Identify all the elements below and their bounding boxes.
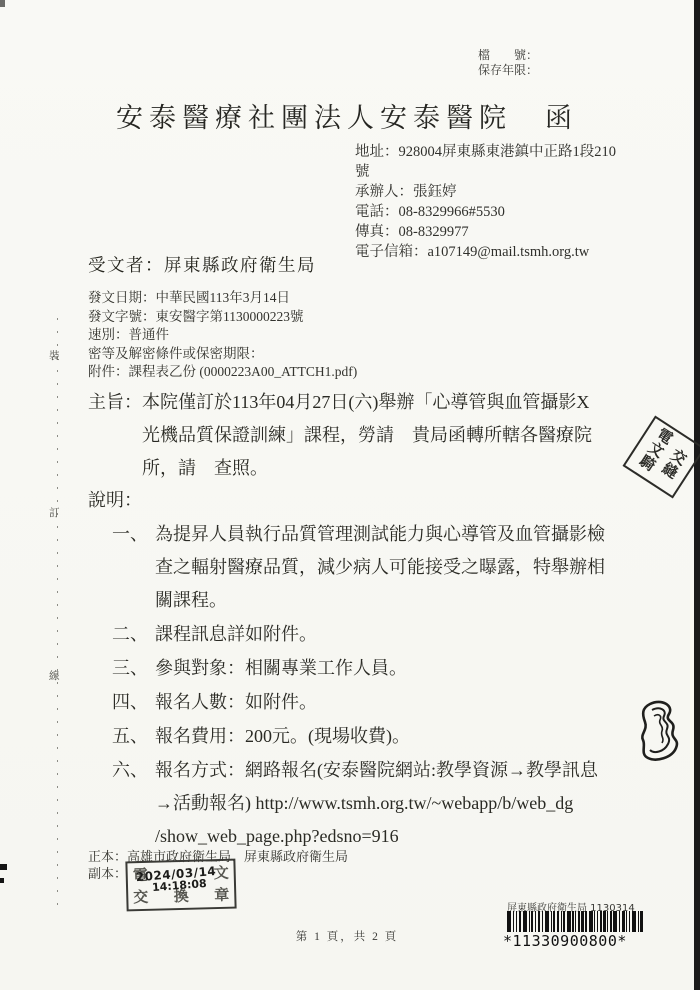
document-meta-block: 發文日期：中華民國113年3月14日 發文字號：東安醫字第1130000223號… [88, 289, 357, 382]
sender-address: 地址：928004屏東縣東港鎮中正路1段210 號 [355, 142, 623, 182]
item-text: 報名方式：網路報名(安泰醫院網站:教學資源→教學訊息 →活動報名) http:/… [155, 760, 598, 846]
barcode [507, 911, 645, 932]
subject-paragraph: 主旨：本院僅訂於113年04月27日(六)舉辦「心導管與血管攝影X 光機品質保證… [88, 386, 687, 485]
binding-mark-xian: 線 [49, 668, 60, 683]
explanation-label: 說明： [88, 486, 142, 512]
item-text: 參與對象：相關專業工作人員。 [155, 658, 407, 678]
barcode-value: *11330900800* [503, 932, 627, 950]
stamp-char: 章 [214, 884, 230, 905]
item-number: 五、 [112, 726, 155, 746]
document-title: 安泰醫療社團法人安泰醫院 函 [0, 96, 694, 135]
electronic-exchange-stamp: 電 文 交 換 章 2024/03/14 14:18:08 [125, 859, 236, 912]
sender-phone: 電話：08-8329966#5530 [355, 202, 623, 222]
doc-number: 發文字號：東安醫字第1130000223號 [88, 308, 357, 327]
ink-smudge [636, 700, 684, 768]
sender-fax: 傳真：08-8329977 [355, 222, 623, 242]
sender-contact-person: 承辦人：張鈺婷 [355, 182, 623, 202]
document-page: 裝 訂 線 檔 號： 保存年限： 安泰醫療社團法人安泰醫院 函 地址：92800… [0, 0, 700, 990]
binding-mark-ding: 訂 [49, 505, 60, 520]
subject-text: 本院僅訂於113年04月27日(六)舉辦「心導管與血管攝影X 光機品質保證訓練」… [142, 392, 592, 478]
subject-label: 主旨： [88, 392, 142, 412]
issue-date: 發文日期：中華民國113年3月14日 [88, 289, 357, 308]
retention-label: 保存年限： [478, 63, 538, 78]
item-number: 三、 [112, 658, 155, 678]
scan-edge-mark [0, 878, 4, 883]
attachment-line: 附件：課程表乙份 (0000223A00_ATTCH1.pdf) [88, 363, 357, 382]
item-text: 為提昇人員執行品質管理測試能力與心導管及血管攝影檢 查之輻射醫療品質，減少病人可… [155, 524, 605, 610]
sender-email: 電子信箱：a107149@mail.tsmh.org.tw [355, 242, 623, 262]
list-item: 三、參與對象：相關專業工作人員。 [112, 652, 640, 685]
item-text: 報名人數：如附件。 [155, 692, 317, 712]
item-number: 六、 [112, 760, 155, 780]
list-item: 二、課程訊息詳如附件。 [112, 618, 640, 651]
file-number-block: 檔 號： 保存年限： [478, 48, 538, 78]
item-number: 四、 [112, 692, 155, 712]
binding-mark-zhuang: 裝 [49, 348, 60, 363]
item-number: 二、 [112, 624, 155, 644]
recipient-line: 受文者：屏東縣政府衛生局 [88, 252, 316, 277]
scan-edge-mark [0, 0, 5, 7]
speed-class: 速別：普通件 [88, 326, 357, 345]
list-item: 五、報名費用：200元。(現場收費)。 [112, 720, 640, 753]
scan-edge-strip [694, 0, 700, 990]
item-text: 課程訊息詳如附件。 [155, 624, 317, 644]
item-number: 一、 [112, 524, 155, 544]
list-item: 六、報名方式：網路報名(安泰醫院網站:教學資源→教學訊息 →活動報名) http… [112, 754, 640, 853]
sender-info-block: 地址：928004屏東縣東港鎮中正路1段210 號 承辦人：張鈺婷 電話：08-… [355, 142, 623, 262]
item-text: 報名費用：200元。(現場收費)。 [155, 726, 410, 746]
file-number-label: 檔 號： [478, 48, 538, 63]
list-item: 一、為提昇人員執行品質管理測試能力與心導管及血管攝影檢 查之輻射醫療品質，減少病… [112, 518, 640, 617]
binding-dotted-line [57, 318, 58, 910]
scan-edge-mark [0, 864, 7, 870]
list-item: 四、報名人數：如附件。 [112, 686, 640, 719]
stamp-char: 交 [133, 886, 149, 907]
security-class: 密等及解密條件或保密期限： [88, 345, 357, 364]
explanation-list: 一、為提昇人員執行品質管理測試能力與心導管及血管攝影檢 查之輻射醫療品質，減少病… [112, 518, 640, 854]
